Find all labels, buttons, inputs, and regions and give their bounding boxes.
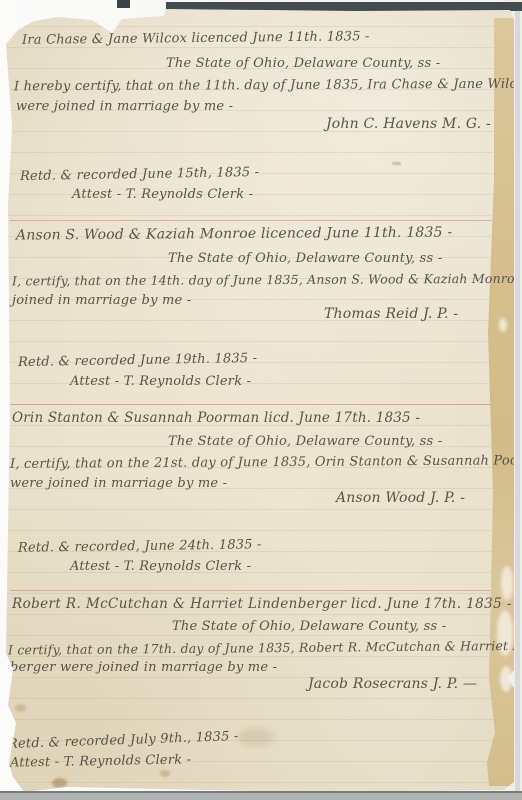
officiant-signature: Anson Wood J. P. -	[336, 491, 465, 506]
stain	[238, 728, 274, 746]
attest-line: Attest - T. Reynolds Clerk -	[72, 188, 253, 202]
attest-line: Attest - T. Reynolds Clerk -	[70, 560, 251, 574]
recorded-line: Retd. & recorded, June 24th. 1835 -	[18, 538, 262, 556]
certification-line: were joined in marriage by me -	[10, 477, 227, 491]
recorded-line: Retd. & recorded June 19th. 1835 -	[18, 352, 258, 370]
officiant-signature: Thomas Reid J. P. -	[324, 307, 458, 322]
recorded-line: Retd. & recorded July 9th., 1835 -	[8, 730, 239, 752]
record-heading: Orin Stanton & Susannah Poorman licd. Ju…	[12, 411, 420, 426]
section-divider	[10, 590, 507, 591]
certification-line: joined in marriage by me -	[12, 294, 191, 308]
record-heading: Anson S. Wood & Kaziah Monroe licenced J…	[16, 225, 452, 243]
stain	[52, 778, 67, 788]
certification-line: berger were joined in marriage by me -	[10, 661, 277, 675]
certification-line: I hereby certify, that on the 11th. day …	[14, 78, 522, 95]
record-heading: Ira Chase & Jane Wilcox licenced June 11…	[22, 30, 370, 48]
state-county-line: The State of Ohio, Delaware County, ss -	[168, 435, 442, 449]
section-divider	[10, 220, 507, 221]
document-page: Ira Chase & Jane Wilcox licenced June 11…	[6, 6, 514, 792]
stain	[15, 704, 26, 712]
stain	[160, 770, 170, 777]
stain	[392, 162, 401, 165]
tape-damage-patch	[499, 318, 507, 332]
recorded-line: Retd. & recorded June 15th, 1835 -	[20, 166, 260, 184]
tape-damage-patch	[501, 566, 513, 600]
certification-line: I, certify, that on the 14th. day of Jun…	[12, 272, 522, 289]
attest-line: Attest - T. Reynolds Clerk -	[10, 753, 191, 770]
certification-line: I, certify, that on the 21st. day of Jun…	[10, 454, 522, 472]
scan-background-dark-nub	[117, 0, 130, 8]
certification-line: I certify, that on the 17th. day of June…	[8, 639, 522, 658]
state-county-line: The State of Ohio, Delaware County, ss -	[168, 252, 442, 266]
record-heading: Robert R. McCutchan & Harriet Lindenberg…	[12, 597, 512, 612]
tape-damage-patch	[500, 666, 512, 692]
certification-line: were joined in marriage by me -	[16, 100, 233, 114]
tape-strip	[487, 18, 514, 786]
state-county-line: The State of Ohio, Delaware County, ss -	[166, 57, 440, 71]
officiant-signature: John C. Havens M. G. -	[326, 117, 491, 132]
scan-background-bottom-band	[0, 791, 522, 800]
officiant-signature: Jacob Rosecrans J. P. —	[308, 677, 477, 692]
state-county-line: The State of Ohio, Delaware County, ss -	[172, 620, 446, 634]
page-edge-shadow	[515, 10, 520, 792]
attest-line: Attest - T. Reynolds Clerk -	[70, 375, 251, 389]
section-divider	[10, 404, 507, 405]
